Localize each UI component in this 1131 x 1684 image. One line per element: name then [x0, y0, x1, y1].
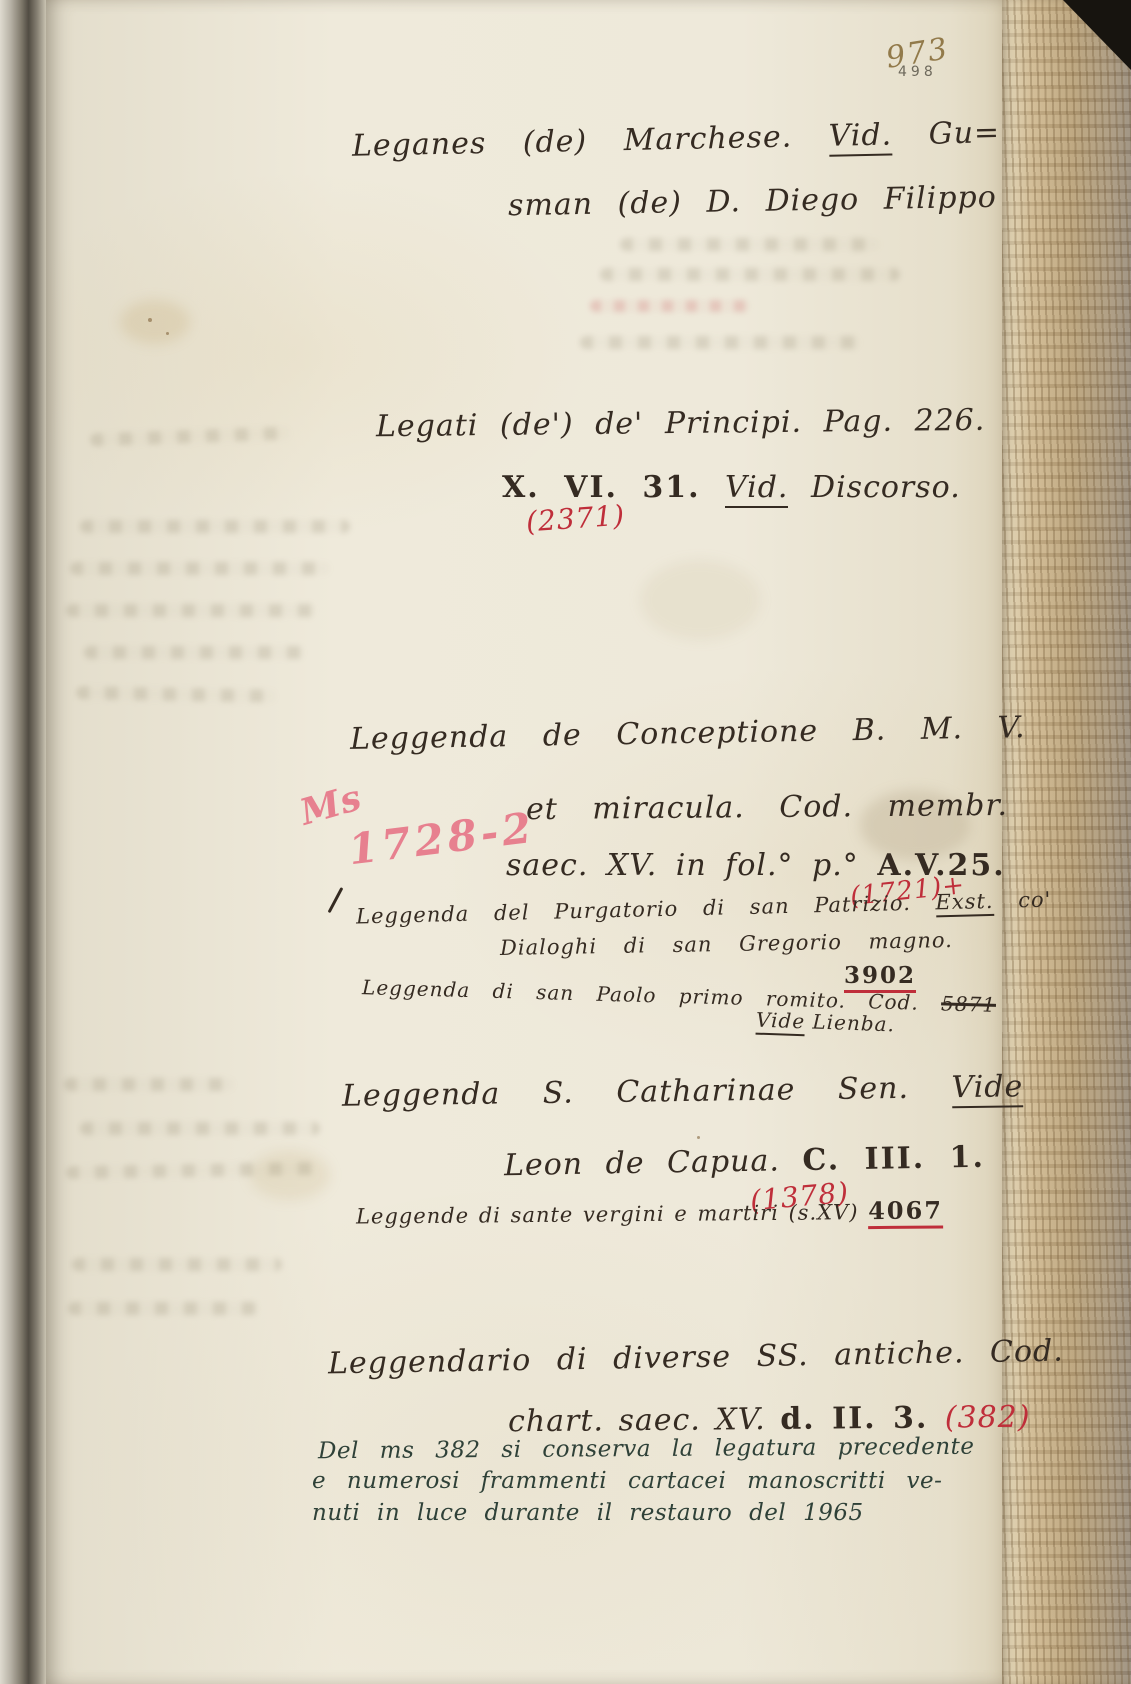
bleed-through-smudge: [72, 1258, 282, 1271]
shelfmark: d. II. 3.: [780, 1400, 945, 1436]
book-gutter: [0, 0, 46, 1684]
bleed-through-smudge: [64, 1078, 234, 1091]
bleed-through-smudge: [80, 520, 350, 533]
entry-legati-line-1: Legati (de') de' Principi. Pag. 226.: [376, 403, 986, 444]
exst-reference: Exst.: [935, 889, 994, 917]
vid-reference: Vid.: [725, 470, 788, 508]
bleed-through-smudge: [590, 300, 750, 312]
vide-reference: Vide: [756, 1008, 806, 1037]
new-ms-number: 3902: [844, 962, 916, 993]
entry-text: chart. saec. XV.: [508, 1402, 781, 1439]
bleed-through-smudge: [84, 646, 304, 659]
vid-reference: Vid.: [828, 117, 892, 156]
shelfmark: C. III. 1.: [802, 1140, 985, 1178]
ms-number: 4067: [868, 1195, 943, 1229]
bleed-through-smudge: [70, 562, 330, 575]
bleed-through-smudge: [80, 1122, 320, 1135]
entry-text: Discorso.: [788, 470, 960, 505]
red-ms-number: (2371): [525, 499, 626, 539]
entry-legati-line-2: X. VI. 31. Vid. Discorso.: [502, 470, 961, 505]
entry-conceptione-line-2: et miracula. Cod. membr.: [526, 788, 1008, 827]
bleed-through-smudge: [580, 336, 860, 349]
paper-speck: [148, 318, 152, 322]
paper-speck: [697, 1136, 700, 1139]
red-ms-number: (382): [945, 1400, 1031, 1436]
restoration-note-line-1: Del ms 382 si conserva la legatura prece…: [318, 1434, 975, 1465]
restoration-note-line-3: nuti in luce durante il restauro del 196…: [312, 1500, 864, 1526]
entry-text: Leggende di sante vergini e martiri (s.X…: [356, 1200, 868, 1228]
bleed-through-smudge: [66, 604, 316, 617]
entry-vergini-line-1: Leggende di sante vergini e martiri (s.X…: [356, 1195, 943, 1229]
bleed-through-smudge: [68, 1302, 258, 1315]
library-stamp-number: 498: [898, 64, 937, 80]
vide-reference: Vide: [951, 1069, 1023, 1108]
entry-text: saec. XV. in fol.° p.°: [506, 848, 877, 883]
entry-text: Gu=: [892, 115, 1001, 152]
restoration-note-line-2: e numerosi frammenti cartacei manoscritt…: [312, 1468, 942, 1494]
bleed-through-smudge: [620, 238, 880, 251]
struck-old-number: 5871: [941, 991, 997, 1017]
entry-text: Leon de Capua.: [504, 1143, 803, 1183]
entry-text: Lienba.: [805, 1009, 896, 1036]
entry-paolo-line-2: Vide Lienba.: [756, 1008, 896, 1037]
manuscript-scan: 973 498 Leganes (de) Marchese. Vid. Gu= …: [0, 0, 1131, 1684]
paper-speck: [166, 332, 169, 335]
entry-text: co': [993, 888, 1051, 913]
bleed-through-smudge: [600, 268, 900, 281]
